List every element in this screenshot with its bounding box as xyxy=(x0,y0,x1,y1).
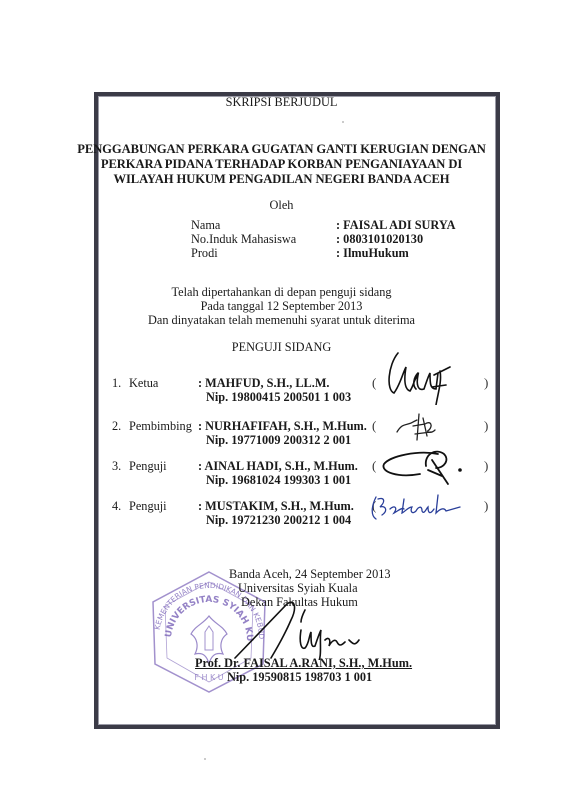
signature-paren-open: ( xyxy=(372,375,376,391)
examiner-name: : AINAL HADI, S.H., M.Hum. xyxy=(198,459,358,474)
thesis-title-line-2: PERKARA PIDANA TERHADAP KORBAN PENGANIAY… xyxy=(0,157,563,172)
examiner-role: Penguji xyxy=(129,459,167,474)
scan-speck xyxy=(342,121,344,123)
program-value: : IlmuHukum xyxy=(336,246,409,261)
defense-statement-line-3: Dan dinyatakan telah memenuhi syarat unt… xyxy=(0,313,563,328)
examiner-name: : MAHFUD, S.H., LL.M. xyxy=(198,376,330,391)
examiner-nip: Nip. 19771009 200312 2 001 xyxy=(206,433,351,448)
approval-institution: Universitas Syiah Kuala xyxy=(238,581,358,596)
by-label: Oleh xyxy=(0,198,563,213)
student-name-value: : FAISAL ADI SURYA xyxy=(336,218,456,233)
stamp-bottom-text: F H K U xyxy=(194,673,223,682)
approval-place-date: Banda Aceh, 24 September 2013 xyxy=(229,567,391,582)
dean-nip: Nip. 19590815 198703 1 001 xyxy=(227,670,372,685)
dean-name: Prof. Dr. FAISAL A.RANI, S.H., M.Hum. xyxy=(195,656,412,671)
signature-penguji-mustakim xyxy=(368,487,478,527)
signature-paren-open: ( xyxy=(372,458,376,474)
examiner-role: Penguji xyxy=(129,499,167,514)
signature-paren-close: ) xyxy=(484,498,488,514)
signature-paren-close: ) xyxy=(484,418,488,434)
examiner-name: : MUSTAKIM, S.H., M.Hum. xyxy=(198,499,354,514)
examiner-nip: Nip. 19721230 200212 1 004 xyxy=(206,513,351,528)
signature-ketua xyxy=(380,345,480,405)
signature-paren-close: ) xyxy=(484,458,488,474)
thesis-title-line-1: PENGGABUNGAN PERKARA GUGATAN GANTI KERUG… xyxy=(0,142,563,157)
student-id-label: No.Induk Mahasiswa xyxy=(191,232,296,247)
defense-statement-line-2: Pada tanggal 12 September 2013 xyxy=(0,299,563,314)
examiner-number: 2. xyxy=(112,419,121,434)
examiner-number: 4. xyxy=(112,499,121,514)
examiner-name: : NURHAFIFAH, S.H., M.Hum. xyxy=(198,419,367,434)
examiner-number: 1. xyxy=(112,376,121,391)
signature-paren-close: ) xyxy=(484,375,488,391)
program-label: Prodi xyxy=(191,246,218,261)
student-name-label: Nama xyxy=(191,218,220,233)
student-id-value: : 0803101020130 xyxy=(336,232,423,247)
signature-dean xyxy=(205,600,365,660)
examiner-nip: Nip. 19800415 200501 1 003 xyxy=(206,390,351,405)
examiner-nip: Nip. 19681024 199303 1 001 xyxy=(206,473,351,488)
signature-paren-open: ( xyxy=(372,418,376,434)
examiner-role: Pembimbing xyxy=(129,419,192,434)
thesis-title-line-3: WILAYAH HUKUM PENGADILAN NEGERI BANDA AC… xyxy=(0,172,563,187)
examiner-role: Ketua xyxy=(129,376,158,391)
signature-penguji-ainal xyxy=(378,440,478,490)
examiner-number: 3. xyxy=(112,459,121,474)
document-heading: SKRIPSI BERJUDUL xyxy=(0,95,563,110)
scan-speck xyxy=(204,758,206,760)
defense-statement-line-1: Telah dipertahankan di depan penguji sid… xyxy=(0,285,563,300)
